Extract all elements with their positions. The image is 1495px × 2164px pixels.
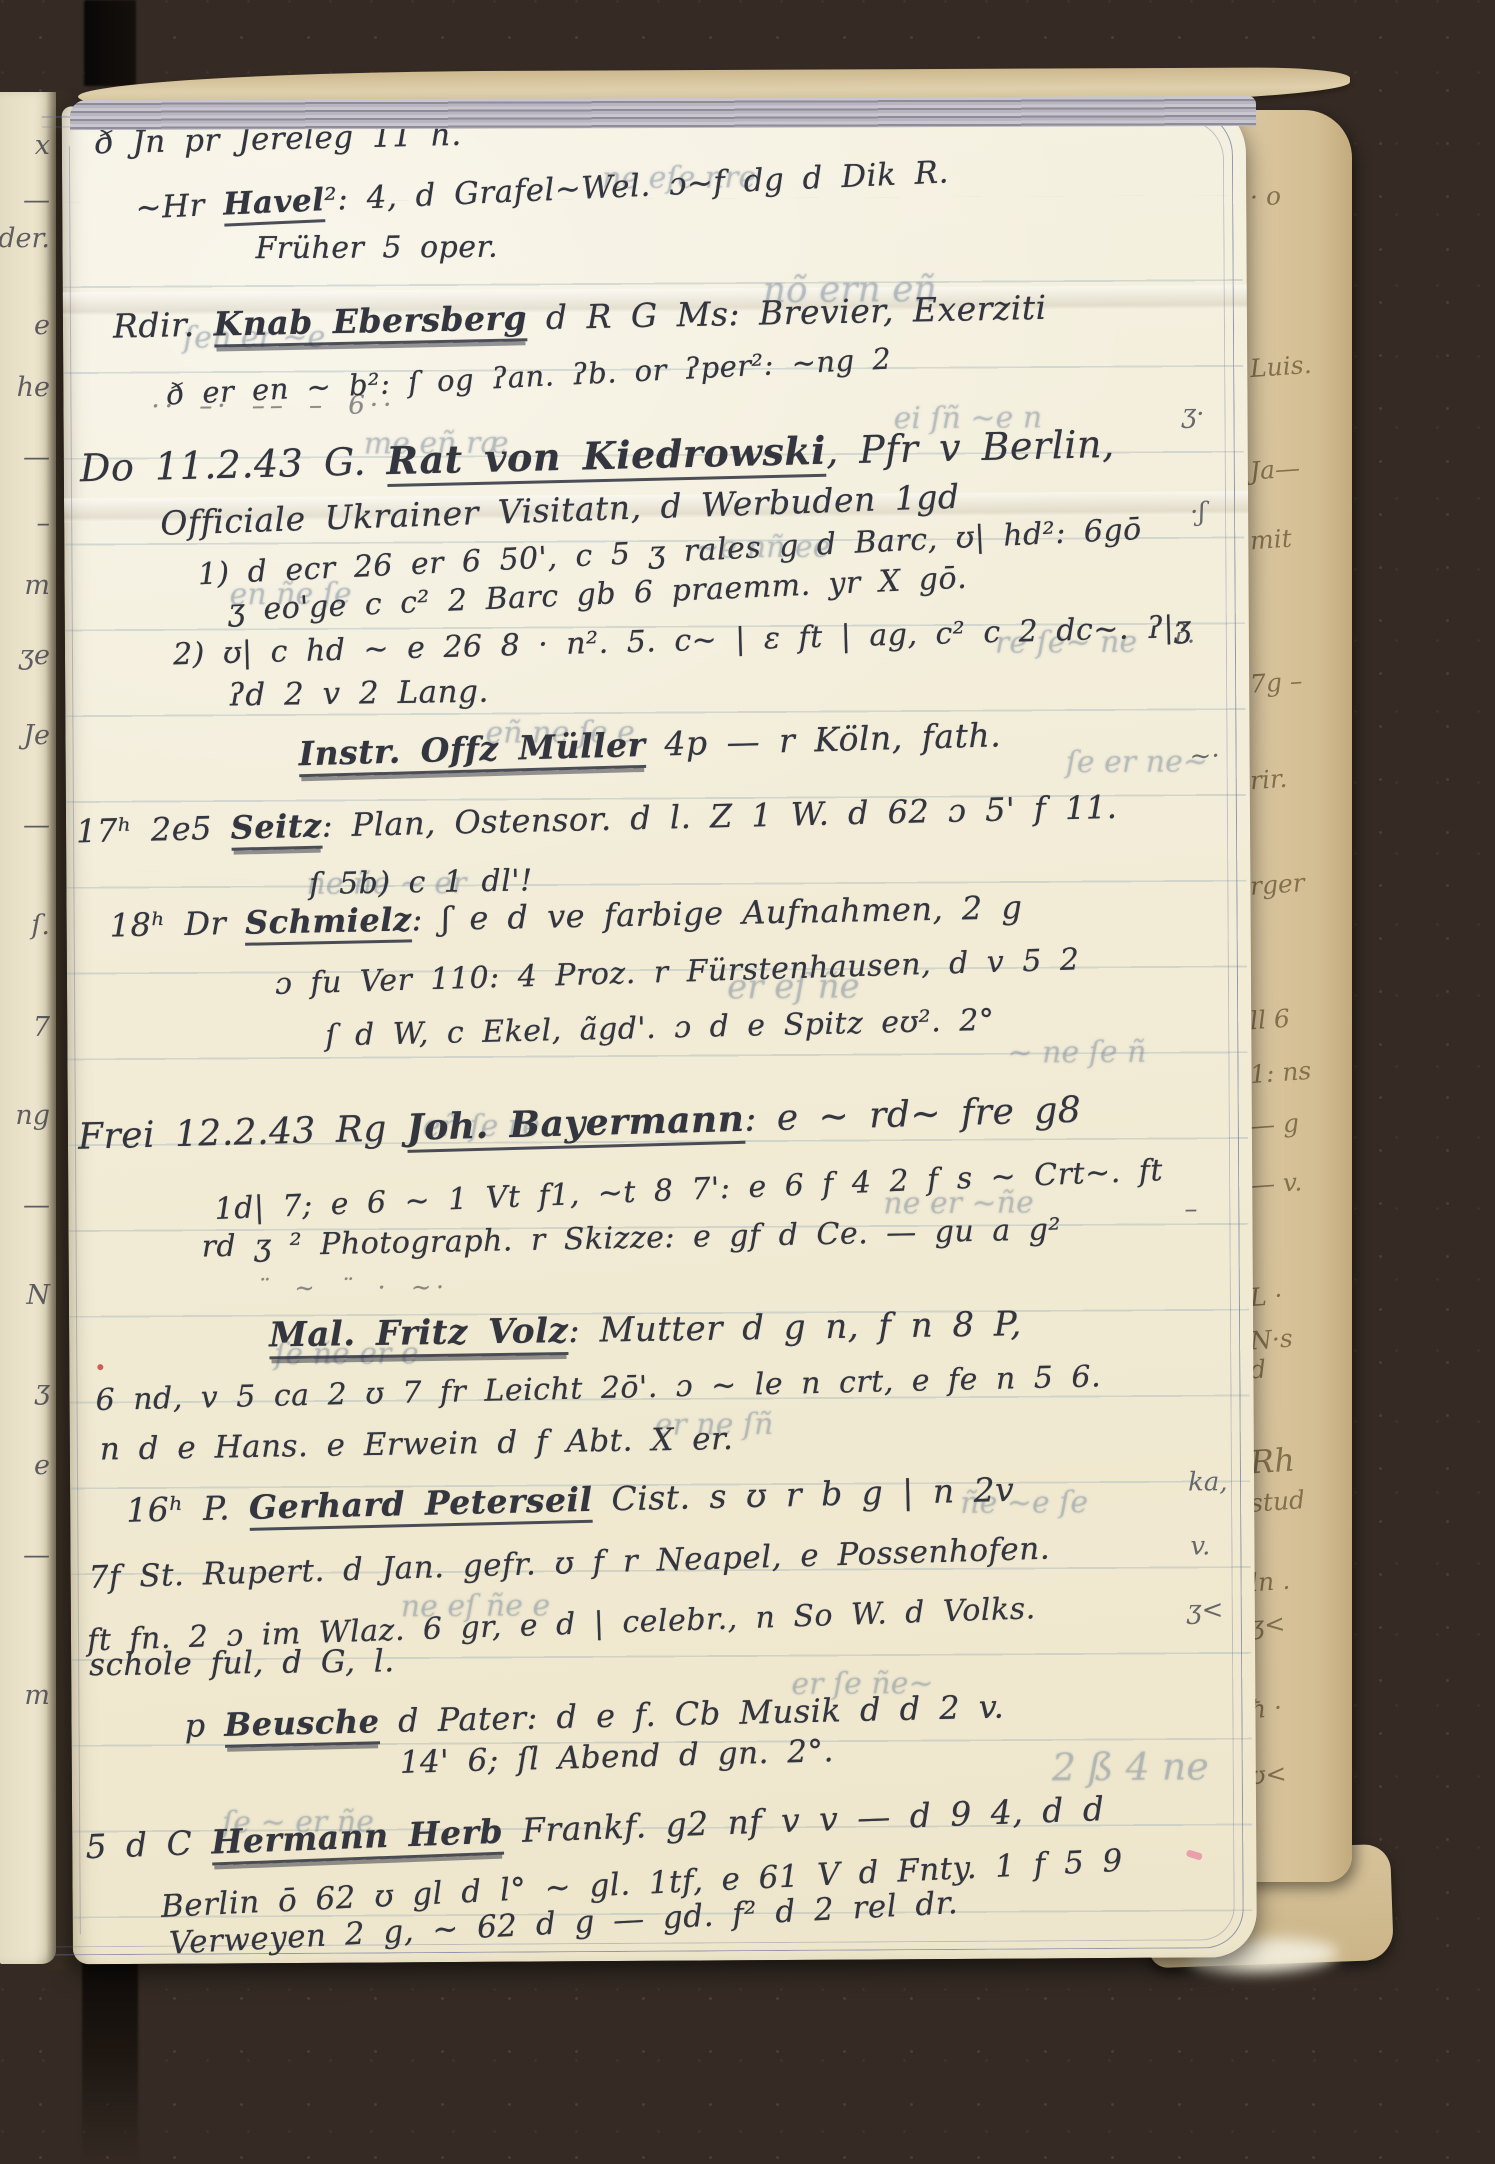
stack-bleed-fragment: — v. <box>1249 1167 1303 1200</box>
handwriting-line: Instr. Offz Müller 4p — r Köln, fath. <box>298 715 1001 773</box>
handwriting-line: n d e Hans. e Erwein d f Abt. X er. <box>100 1421 734 1467</box>
stack-bleed-fragment: L · <box>1249 1281 1283 1312</box>
stack-bleed-fragment: N·s <box>1249 1324 1294 1356</box>
notebook-photo: x — der. e he — – m ʒe Je — ſ. 7 ng — N … <box>0 0 1495 2164</box>
stack-bleed-fragment: 1: ns <box>1249 1056 1312 1089</box>
entry-heading-line: Frei 12.2.43 Rg Joh. Bayermann: e ~ rd~ … <box>77 1089 1081 1158</box>
stack-bleed-fragment: Rh <box>1249 1440 1296 1481</box>
handwriting-line: 17ʰ 2e5 Seitz: Plan, Ostensor. d l. Z 1 … <box>76 788 1118 851</box>
handwriting-line: ʔd 2 v 2 Lang. <box>228 674 489 714</box>
handwriting-line: Früher 5 oper. <box>255 230 498 266</box>
stack-bleed-fragment: mit <box>1249 524 1293 556</box>
handwriting-line: ¨ ~ ¨ · ~· <box>257 1272 449 1302</box>
stack-bleed-fragment: Luis. <box>1249 350 1312 383</box>
stack-bleed-fragment: ln . <box>1249 1566 1291 1598</box>
handwriting-line: 6 nd, v 5 ca 2 ʊ 7 fr Leicht 2ō'. ɔ ~ le… <box>95 1359 1101 1418</box>
stack-bleed-fragment: rger <box>1249 868 1306 901</box>
handwriting-line: 16ʰ P. Gerhard Peterseil Cist. s ʊ r b g… <box>126 1470 1015 1530</box>
handwriting-line: schole ful, d G, l. <box>89 1643 395 1683</box>
left-edge-fragment: he <box>17 372 50 403</box>
ghost-writing: 2 ß 4 ne <box>1052 1744 1209 1789</box>
handwriting-line: 18ʰ Dr Schmielz: ʃ e d ve farbige Aufnah… <box>109 888 1022 944</box>
handwriting-line: Mal. Fritz Volz: Mutter d g n, f n 8 P, <box>269 1304 1022 1355</box>
handwriting-line: ſ d W, c Ekel, ãgd'. ɔ d e Spitz eʊ². 2° <box>325 1003 995 1054</box>
left-edge-fragment: ng <box>15 1100 50 1131</box>
margin-mark: ~· <box>1190 741 1220 771</box>
entry-heading-line: Do 11.2.43 G. Rat von Kiedrowski, Pfr v … <box>79 421 1115 490</box>
page-left-rule <box>69 146 81 1934</box>
margin-mark: ʒ· <box>1181 399 1204 429</box>
margin-mark: – <box>1184 1194 1197 1224</box>
margin-mark: ʒ< <box>1187 1595 1224 1625</box>
stack-bleed-fragment: rir. <box>1249 764 1288 796</box>
handwriting-line: p Beusche d Pater: d e f. Cb Musik d d 2… <box>184 1687 1005 1744</box>
handwriting-line: ſ 5b) c 1 dl'! <box>309 863 533 902</box>
ghost-writing: ſe er ne~ <box>1066 744 1208 780</box>
stack-bleed-fragment: Ja— <box>1249 453 1301 485</box>
handwriting-line: 7f St. Rupert. d Jan. gefr. ʊ f r Neapel… <box>88 1531 1050 1596</box>
stack-bleed-fragment: · o <box>1249 181 1282 212</box>
stack-bleed-fragment: stud <box>1249 1485 1306 1518</box>
handwriting-line: ·· –· –– – 6·· <box>151 390 396 421</box>
pink-ink-mark <box>1186 1849 1203 1861</box>
handwriting-line: Rdir. Knab Ebersberg d R G Ms: Brevier, … <box>113 288 1047 346</box>
red-speck <box>97 1364 103 1370</box>
stacked-page-edges-top <box>70 96 1256 130</box>
margin-mark: ka, <box>1188 1467 1228 1497</box>
margin-mark: ·ʃ <box>1190 497 1206 527</box>
ghost-writing: ~ ne ſe ñ <box>1007 1035 1146 1071</box>
stack-bleed-fragment: ll 6 <box>1249 1004 1291 1036</box>
binding-shadow-top <box>84 0 136 86</box>
handwriting-line: ~Hr Havel²: 4, d Grafel~Wel. ɔ~f dg d Di… <box>135 154 950 226</box>
stack-bleed-fragment: 7g – <box>1249 666 1303 699</box>
handwriting-line: ɔ fu Ver 110: 4 Proz. r Fürstenhausen, d… <box>275 942 1080 1002</box>
handwriting-line: 14' 6; ſl Abend d gn. 2°. <box>399 1733 834 1781</box>
stack-bleed-fragment: — g <box>1249 1108 1300 1140</box>
margin-mark: ʔ. <box>1173 619 1195 649</box>
notebook-page: ne eſe nre ſen er ~e nõ ern eñ me eñ ræ … <box>62 99 1257 1964</box>
left-edge-fragment: der. <box>0 223 50 254</box>
margin-mark: v. <box>1190 1531 1210 1561</box>
